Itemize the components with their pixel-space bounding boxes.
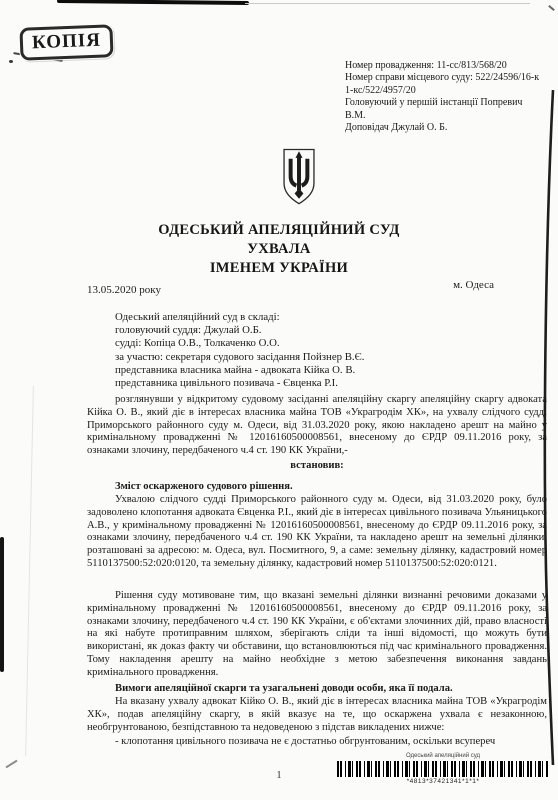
composition-line: Одеський апеляційний суд в складі:	[115, 311, 364, 324]
section-heading: Зміст оскарженого судового рішення.	[87, 481, 547, 494]
ruling-place: м. Одеса	[453, 279, 494, 291]
ruling-word: встановив:	[87, 460, 547, 473]
in-the-name-line: ІМЕНЕМ УКРАЇНИ	[0, 259, 558, 278]
case-meta-line: В.М.	[345, 110, 550, 122]
scan-artifact-top-right-speck	[548, 5, 555, 11]
document-title-block: ОДЕСЬКИЙ АПЕЛЯЦІЙНИЙ СУД УХВАЛА ІМЕНЕМ У…	[0, 221, 558, 278]
body-paragraph-list-item: - клопотання цивільного позивача не є до…	[87, 736, 547, 749]
composition-line: представника цивільного позивача - Євцен…	[115, 377, 364, 390]
section-heading: Вимоги апеляційної скарги та узагальнені…	[87, 683, 547, 696]
scan-artifact-crease	[25, 386, 34, 756]
document-type: УХВАЛА	[0, 240, 558, 259]
composition-line: представника власника майна - адвоката К…	[115, 364, 364, 377]
pen-stroke-dot	[9, 60, 13, 63]
barcode-label: Одеський апеляційний суд	[337, 753, 549, 759]
barcode	[337, 761, 549, 777]
dateline: 13.05.2020 року м. Одеса	[87, 284, 494, 296]
scan-artifact-corner-mark	[5, 760, 17, 769]
court-name: ОДЕСЬКИЙ АПЕЛЯЦІЙНИЙ СУД	[0, 221, 558, 240]
composition-line: головуючий суддя: Джулай О.Б.	[115, 324, 364, 337]
scan-artifact-left-blotch	[0, 537, 4, 672]
court-composition-block: Одеський апеляційний суд в складі: голов…	[115, 311, 364, 390]
scanned-court-document: КОПІЯ Номер провадження: 11-сс/813/568/2…	[0, 0, 558, 800]
body-paragraph: Рішення суду мотивоване тим, що вказані …	[87, 590, 547, 680]
ruling-date: 13.05.2020 року	[87, 284, 161, 296]
body-paragraph: Ухвалою слідчого судді Приморського райо…	[87, 494, 547, 571]
intro-paragraph: розглянувши у відкритому судовому засіда…	[87, 394, 547, 458]
case-meta-line: Номер провадження: 11-сс/813/568/20	[345, 60, 550, 72]
composition-line: судді: Копіца О.В., Толкаченко О.О.	[115, 337, 364, 350]
case-meta-line: Головуючий у першій інстанції Попревич	[345, 97, 550, 109]
composition-line: за участю: секретаря судового засідання …	[115, 351, 364, 364]
case-meta-line: Номер справи місцевого суду: 522/24596/1…	[345, 72, 550, 84]
body-paragraph: На вказану ухвалу адвокат Кійко О. В., я…	[87, 696, 547, 734]
case-meta-line: 1-кс/522/4957/20	[345, 85, 550, 97]
scan-artifact-top-line	[57, 0, 249, 5]
case-metadata-block: Номер провадження: 11-сс/813/568/20 Номе…	[345, 60, 550, 134]
ukraine-trident-icon	[277, 148, 321, 210]
case-meta-line: Доповідач Джулай О. Б.	[345, 122, 550, 134]
barcode-number: *4813*37421341*1*1*	[337, 778, 549, 785]
scan-artifact-top-faint-line	[245, 3, 530, 4]
copy-stamp: КОПІЯ	[19, 24, 113, 61]
